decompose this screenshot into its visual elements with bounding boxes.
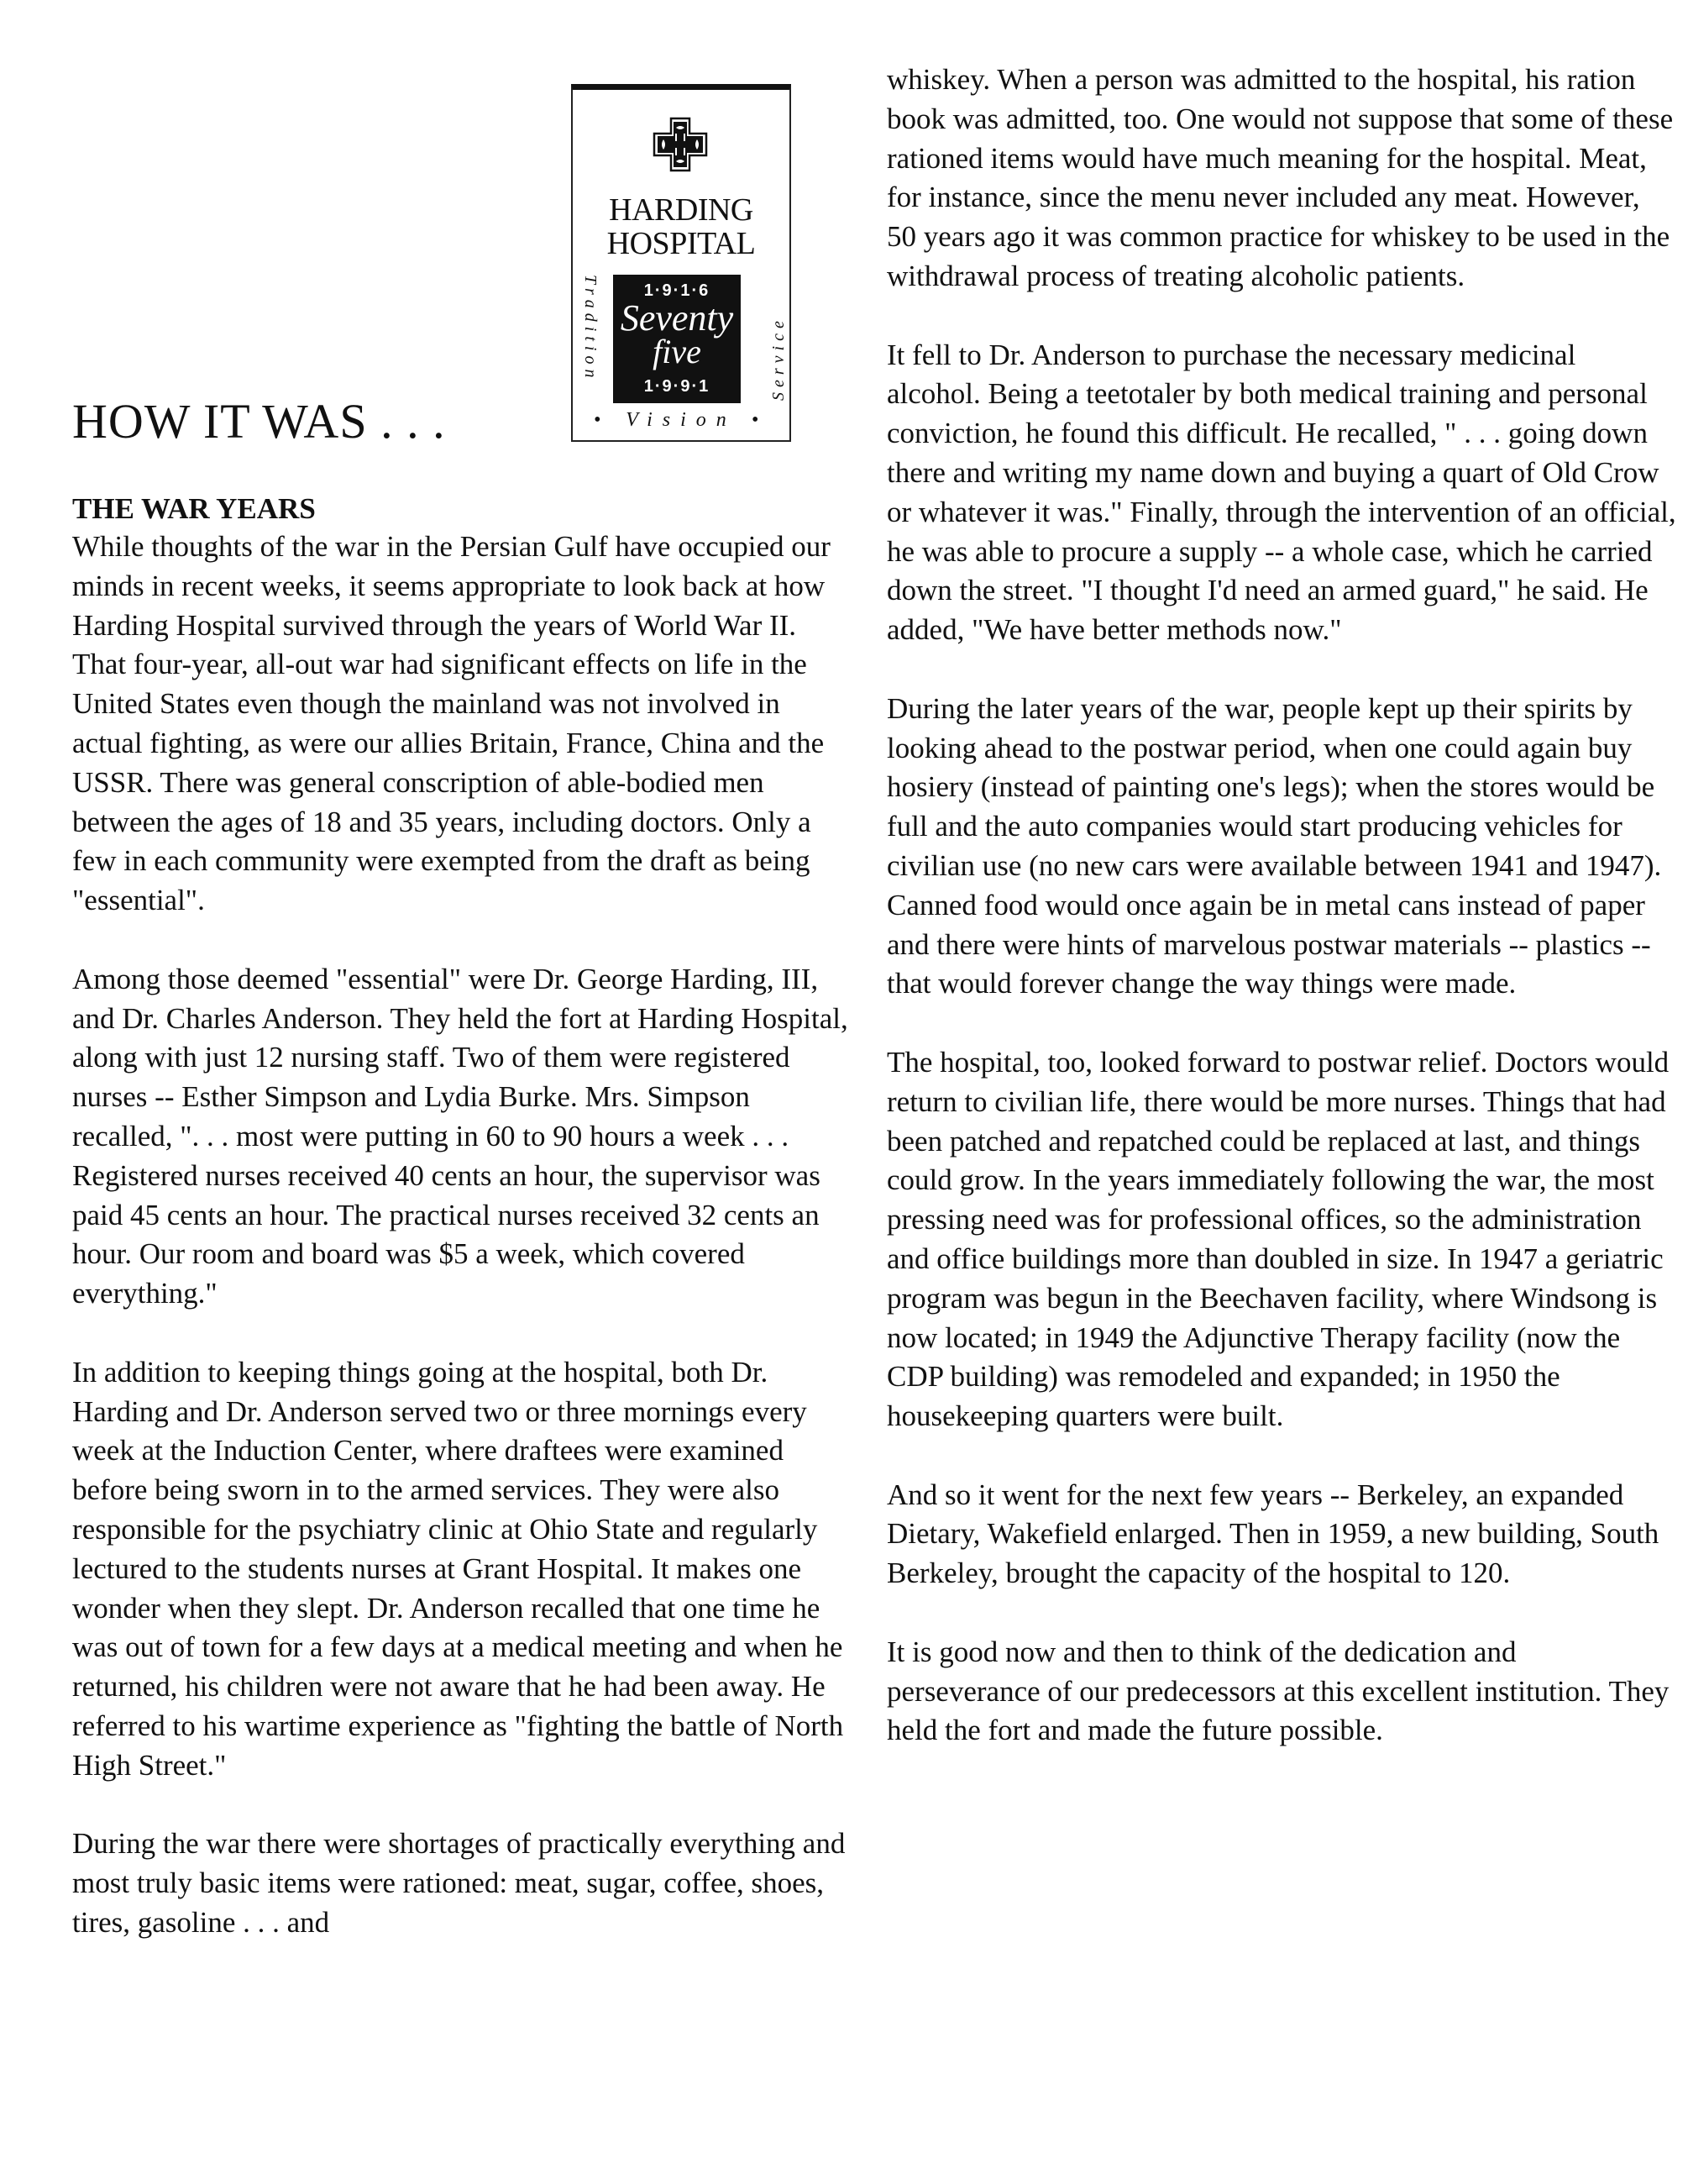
badge-year-end: 1·9·9·1: [613, 377, 741, 396]
section-title: THE WAR YEARS: [72, 492, 316, 526]
left-column: While thoughts of the war in the Persian…: [72, 528, 853, 1982]
paragraph: Among those deemed "essential" were Dr. …: [72, 960, 853, 1314]
paragraph: And so it went for the next few years --…: [887, 1476, 1676, 1593]
logo-bottom-vision: • Vision •: [573, 409, 789, 432]
harding-hospital-75th-anniversary-logo: HARDING HOSPITAL Tradition 1·9·1·6 Seven…: [571, 84, 791, 442]
page-title: HOW IT WAS . . .: [72, 393, 446, 449]
logo-name-line1: HARDING: [573, 194, 789, 226]
badge-script-five: five: [613, 335, 741, 369]
paragraph: In addition to keeping things going at t…: [72, 1353, 853, 1786]
paragraph: whiskey. When a person was admitted to t…: [887, 60, 1676, 297]
paragraph: It is good now and then to think of the …: [887, 1633, 1676, 1751]
paragraph: It fell to Dr. Anderson to purchase the …: [887, 336, 1676, 650]
anniversary-badge: 1·9·1·6 Seventy five 1·9·9·1: [613, 275, 741, 403]
cross-with-leaves-icon: [653, 117, 708, 172]
logo-side-service: Service: [769, 316, 789, 401]
logo-name-line2: HOSPITAL: [573, 228, 789, 260]
paragraph: The hospital, too, looked forward to pos…: [887, 1043, 1676, 1436]
badge-script-seventy: Seventy: [613, 300, 741, 337]
right-column: whiskey. When a person was admitted to t…: [887, 60, 1676, 1790]
paragraph: During the war there were shortages of p…: [72, 1824, 853, 1942]
paragraph: During the later years of the war, peopl…: [887, 690, 1676, 1004]
paragraph: While thoughts of the war in the Persian…: [72, 528, 853, 921]
logo-side-tradition: Tradition: [580, 275, 600, 382]
